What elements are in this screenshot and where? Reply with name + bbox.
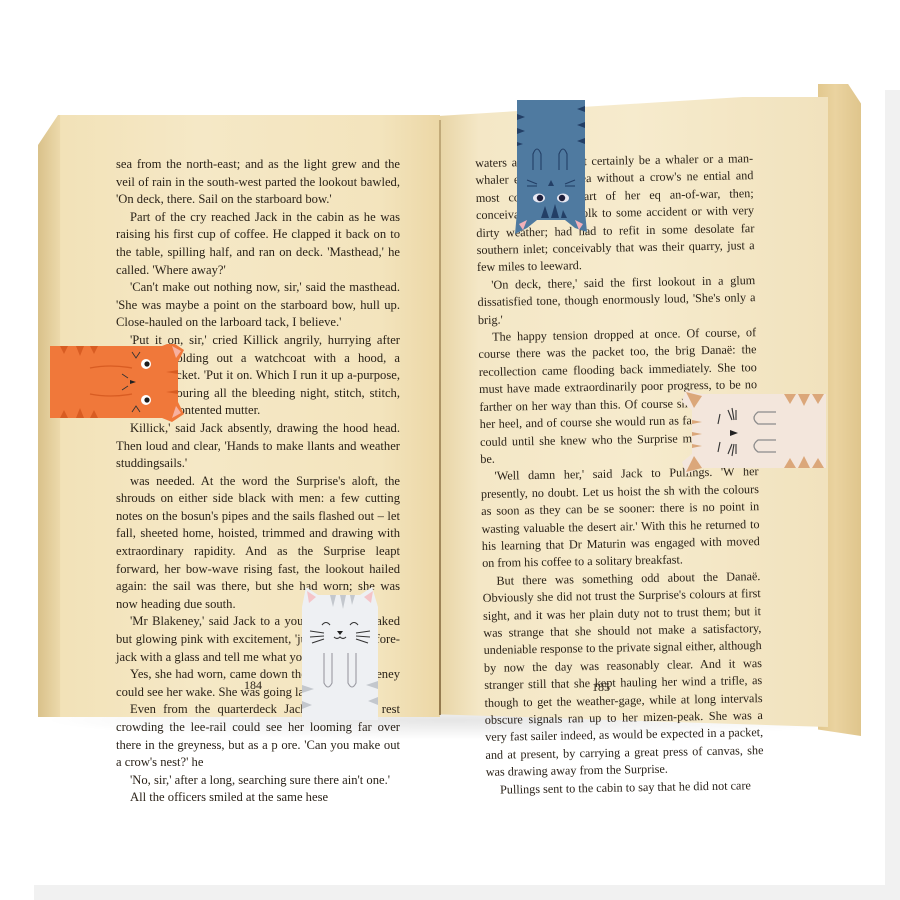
cream-cat-bookmark[interactable] (680, 390, 826, 474)
orange-cat-bookmark[interactable] (50, 344, 186, 422)
paragraph: sea from the north-east; and as the ligh… (116, 156, 400, 209)
paragraph: All the officers smiled at the same hese (116, 789, 400, 807)
paragraph: But there was something odd about the Da… (482, 568, 764, 782)
white-cat-icon (300, 585, 380, 720)
page-number-left: 184 (244, 678, 262, 693)
open-book: sea from the north-east; and as the ligh… (0, 0, 900, 900)
right-page-text: waters an ould almost certainly be a wha… (475, 150, 764, 799)
blue-cat-icon (515, 100, 587, 236)
paragraph: 'Well damn her,' said Jack to Pullings. … (480, 463, 760, 572)
book-gutter (439, 120, 441, 715)
cream-cat-icon (680, 390, 826, 474)
paragraph: Part of the cry reached Jack in the cabi… (116, 209, 400, 279)
orange-cat-icon (50, 344, 186, 422)
paragraph: 'No, sir,' after a long, searching sure … (116, 772, 400, 790)
paragraph: 'On deck, there,' said the first lookout… (477, 272, 756, 329)
white-cat-bookmark[interactable] (300, 585, 380, 720)
paragraph: Killick,' said Jack absently, drawing th… (116, 420, 400, 473)
page-number-right: 185 (592, 680, 610, 695)
blue-cat-bookmark[interactable] (515, 100, 587, 236)
paragraph: 'Can't make out nothing now, sir,' said … (116, 279, 400, 332)
